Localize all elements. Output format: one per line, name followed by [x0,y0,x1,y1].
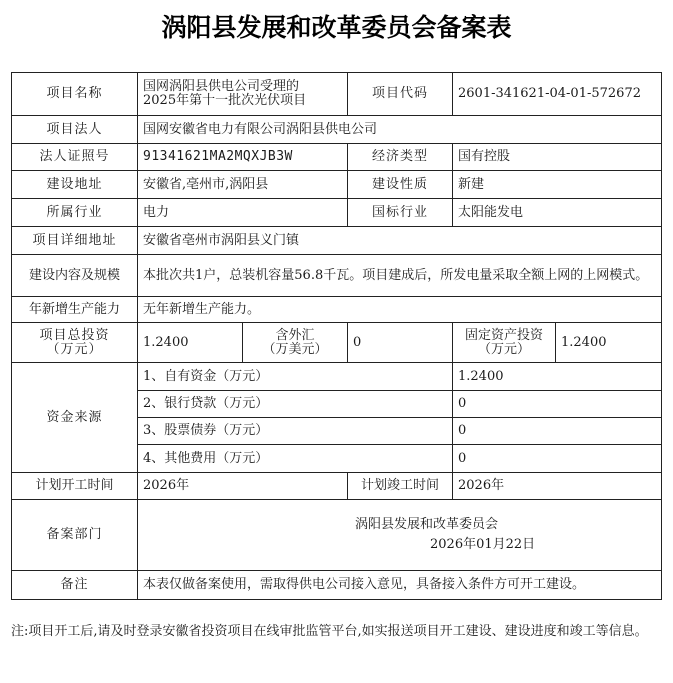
build-nature-value: 新建 [453,171,662,199]
funding-item-label: 1、自有资金（万元） [138,363,453,391]
row-build-address: 建设地址 安徽省,亳州市,涡阳县 建设性质 新建 [12,171,662,199]
national-industry-value: 太阳能发电 [453,199,662,227]
legal-cert-value: 91341621MA2MQXJB3W [138,144,348,171]
foreign-exchange-label-line1: 含外汇 [248,329,342,343]
project-code-label: 项目代码 [348,73,453,116]
row-legal-cert: 法人证照号 91341621MA2MQXJB3W 经济类型 国有控股 [12,144,662,171]
planned-completion-label: 计划竣工时间 [348,473,453,500]
footnote: 注:项目开工后,请及时登录安徽省投资项目在线审批监管平台,如实报送项目开工建设、… [11,621,661,643]
total-investment-value: 1.2400 [138,323,243,363]
annual-capacity-label: 年新增生产能力 [12,297,138,323]
foreign-exchange-value: 0 [348,323,453,363]
scope-value: 本批次共1户，总装机容量56.8千瓦。项目建成后，所发电量采取全额上网的上网模式… [138,255,662,297]
total-investment-label-line1: 项目总投资 [17,329,132,343]
industry-value: 电力 [138,199,348,227]
planned-completion-value: 2026年 [453,473,662,500]
row-legal-entity: 项目法人 国网安徽省电力有限公司涡阳县供电公司 [12,116,662,144]
row-detail-address: 项目详细地址 安徽省亳州市涡阳县义门镇 [12,227,662,255]
remarks-value: 本表仅做备案使用，需取得供电公司接入意见，具备接入条件方可开工建设。 [138,571,662,600]
filing-department-label: 备案部门 [12,500,138,571]
scope-label: 建设内容及规模 [12,255,138,297]
national-industry-label: 国标行业 [348,199,453,227]
funding-item-value: 0 [453,445,662,473]
project-name-value: 国网涡阳县供电公司受理的 2025年第十一批次光伏项目 [138,73,348,116]
filing-department-value: 涡阳县发展和改革委员会 2026年01月22日 [138,500,662,571]
planned-start-value: 2026年 [138,473,348,500]
fixed-asset-label-line2: （万元） [458,343,550,357]
project-name-line2: 2025年第十一批次光伏项目 [143,94,342,108]
funding-item-label: 3、股票债券（万元） [138,418,453,445]
row-schedule: 计划开工时间 2026年 计划竣工时间 2026年 [12,473,662,500]
industry-label: 所属行业 [12,199,138,227]
legal-entity-label: 项目法人 [12,116,138,144]
funding-item-value: 0 [453,391,662,418]
foreign-exchange-label: 含外汇 （万美元） [243,323,348,363]
page-title: 涡阳县发展和改革委员会备案表 [0,8,673,44]
project-name-label: 项目名称 [12,73,138,116]
fixed-asset-label: 固定资产投资 （万元） [453,323,556,363]
fixed-asset-value: 1.2400 [556,323,662,363]
filing-department-name: 涡阳县发展和改革委员会 [355,515,656,535]
funding-item-value: 1.2400 [453,363,662,391]
remarks-label: 备注 [12,571,138,600]
detail-address-label: 项目详细地址 [12,227,138,255]
row-remarks: 备注 本表仅做备案使用，需取得供电公司接入意见，具备接入条件方可开工建设。 [12,571,662,600]
row-annual-capacity: 年新增生产能力 无年新增生产能力。 [12,297,662,323]
planned-start-label: 计划开工时间 [12,473,138,500]
row-funding-1: 资金来源 1、自有资金（万元） 1.2400 [12,363,662,391]
total-investment-label: 项目总投资 （万元） [12,323,138,363]
row-industry: 所属行业 电力 国标行业 太阳能发电 [12,199,662,227]
total-investment-label-line2: （万元） [17,343,132,357]
filing-form-table: 项目名称 国网涡阳县供电公司受理的 2025年第十一批次光伏项目 项目代码 26… [11,72,662,600]
economic-type-label: 经济类型 [348,144,453,171]
build-address-label: 建设地址 [12,171,138,199]
funding-sources-label: 资金来源 [12,363,138,473]
annual-capacity-value: 无年新增生产能力。 [138,297,662,323]
project-name-line1: 国网涡阳县供电公司受理的 [143,80,342,94]
foreign-exchange-label-line2: （万美元） [248,343,342,357]
fixed-asset-label-line1: 固定资产投资 [458,329,550,343]
row-investment: 项目总投资 （万元） 1.2400 含外汇 （万美元） 0 固定资产投资 （万元… [12,323,662,363]
row-scope: 建设内容及规模 本批次共1户，总装机容量56.8千瓦。项目建成后，所发电量采取全… [12,255,662,297]
project-code-value: 2601-341621-04-01-572672 [453,73,662,116]
row-filing-department: 备案部门 涡阳县发展和改革委员会 2026年01月22日 [12,500,662,571]
build-nature-label: 建设性质 [348,171,453,199]
funding-item-label: 2、银行贷款（万元） [138,391,453,418]
filing-date: 2026年01月22日 [355,535,656,555]
detail-address-value: 安徽省亳州市涡阳县义门镇 [138,227,662,255]
legal-entity-value: 国网安徽省电力有限公司涡阳县供电公司 [138,116,662,144]
legal-cert-label: 法人证照号 [12,144,138,171]
build-address-value: 安徽省,亳州市,涡阳县 [138,171,348,199]
economic-type-value: 国有控股 [453,144,662,171]
row-project-name: 项目名称 国网涡阳县供电公司受理的 2025年第十一批次光伏项目 项目代码 26… [12,73,662,116]
funding-item-value: 0 [453,418,662,445]
funding-item-label: 4、其他费用（万元） [138,445,453,473]
